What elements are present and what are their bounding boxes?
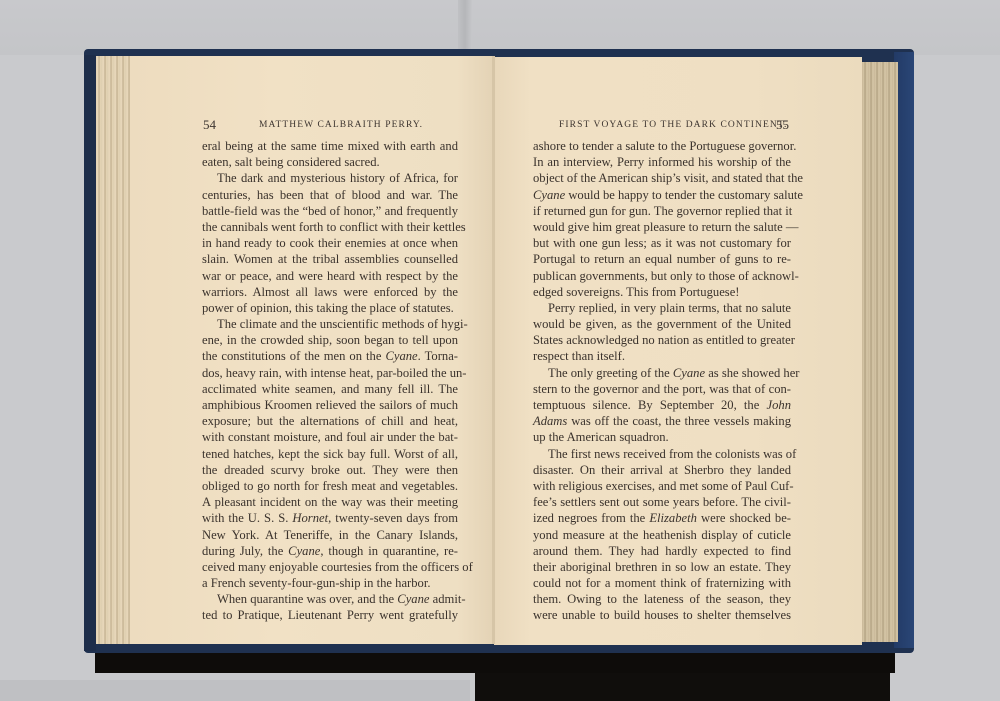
text-line: battle-field was the “bed of honor,” and…	[202, 203, 458, 219]
text-line: their aboriginal brethren in so low an e…	[533, 559, 791, 575]
text-line: Perry replied, in very plain terms, that…	[533, 300, 791, 316]
text-line: acclimated white seamen, and many fell i…	[202, 381, 458, 397]
text-line: tened hatches, kept the sick bay full. W…	[202, 446, 458, 462]
book-gutter	[492, 56, 495, 644]
text-line: The dark and mysterious history of Afric…	[202, 170, 458, 186]
text-line: a French seventy-four-gun-ship in the ha…	[202, 575, 458, 591]
page-stack-right	[862, 62, 898, 642]
background-lower	[0, 680, 470, 701]
text-line: war or peace, and were heard with respec…	[202, 268, 458, 284]
text-line: amphibious Kroomen relieved the sailors …	[202, 397, 458, 413]
text-line: object of the American ship’s visit, and…	[533, 170, 791, 186]
text-line: but with one gun less; as it was not cus…	[533, 235, 791, 251]
text-line: temptuous silence. By September 20, the …	[533, 397, 791, 413]
text-line: States acknowledged no nation as entitle…	[533, 332, 791, 348]
text-line: would give him great pleasure to return …	[533, 219, 791, 235]
text-line: ene, in the crowded ship, soon began to …	[202, 332, 458, 348]
text-line: When quarantine was over, and the Cyane …	[202, 591, 458, 607]
text-line: fee’s settlers sent out some years befor…	[533, 494, 791, 510]
text-line: power of opinion, this taking the place …	[202, 300, 458, 316]
page-stack-left	[96, 56, 132, 644]
text-line: warriors. Almost all laws were enforced …	[202, 284, 458, 300]
text-line: New York. At Teneriffe, in the Canary Is…	[202, 527, 458, 543]
text-line: could not for a moment think of fraterni…	[533, 575, 791, 591]
text-line: slain. Women at the tribal assemblies co…	[202, 251, 458, 267]
text-line: with the U. S. S. Hornet, twenty-seven d…	[202, 510, 458, 526]
text-line: Adams was off the coast, the three vesse…	[533, 413, 791, 429]
text-line: The climate and the unscientific methods…	[202, 316, 458, 332]
text-line: would be given, as the government of the…	[533, 316, 791, 332]
text-line: eral being at the same time mixed with e…	[202, 138, 458, 154]
text-line: Portugal to return an equal number of gu…	[533, 251, 791, 267]
left-page-body: eral being at the same time mixed with e…	[202, 138, 458, 624]
text-line: if returned gun for gun. The governor re…	[533, 203, 791, 219]
left-page-number: 54	[203, 117, 216, 133]
text-line: ceived many enjoyable courtesies from th…	[202, 559, 458, 575]
text-line: edged sovereigns. This from Portuguese!	[533, 284, 791, 300]
text-line: ted to Pratique, Lieutenant Perry went g…	[202, 607, 458, 623]
text-line: during July, the Cyane, though in quaran…	[202, 543, 458, 559]
text-line: exposure; but the alternations of chill …	[202, 413, 458, 429]
text-line: The only greeting of the Cyane as she sh…	[533, 365, 791, 381]
text-line: the dreaded scurvy broke out. They were …	[202, 462, 458, 478]
left-running-head: MATTHEW CALBRAITH PERRY.	[259, 120, 423, 130]
text-line: the constitutions of the men on the Cyan…	[202, 348, 458, 364]
book-cover-left-edge	[84, 55, 96, 651]
text-line: around them. They had hardly expected to…	[533, 543, 791, 559]
text-line: ashore to tender a salute to the Portugu…	[533, 138, 791, 154]
background-fold	[458, 0, 472, 50]
text-line: disaster. On their arrival at Sherbro th…	[533, 462, 791, 478]
text-line: them. Owing to the lateness of the seaso…	[533, 591, 791, 607]
text-line: ized negroes from the Elizabeth were sho…	[533, 510, 791, 526]
text-line: The first news received from the colonis…	[533, 446, 791, 462]
text-line: up the American squadron.	[533, 429, 791, 445]
text-line: with constant moisture, and foul air und…	[202, 429, 458, 445]
text-line: A pleasant incident on the way was their…	[202, 494, 458, 510]
text-line: eaten, salt being considered sacred.	[202, 154, 458, 170]
text-line: Cyane would be happy to tender the custo…	[533, 187, 791, 203]
text-line: respect than itself.	[533, 348, 791, 364]
text-line: dos, heavy rain, with intense heat, par-…	[202, 365, 458, 381]
text-line: were unable to build houses to shelter t…	[533, 607, 791, 623]
text-line: stern to the governor and the port, was …	[533, 381, 791, 397]
text-line: centuries, has been that of blood and wa…	[202, 187, 458, 203]
text-line: yond measure at the heathenish display o…	[533, 527, 791, 543]
text-line: with religious exercises, and met some o…	[533, 478, 791, 494]
background-surface	[0, 0, 1000, 55]
text-line: publican governments, but only to those …	[533, 268, 791, 284]
right-page-body: ashore to tender a salute to the Portugu…	[533, 138, 791, 624]
right-page-number: 55	[776, 117, 789, 133]
text-line: obliged to go north for fresh meat and v…	[202, 478, 458, 494]
right-running-head: FIRST VOYAGE TO THE DARK CONTINENT.	[559, 120, 788, 130]
text-line: the cannibals went forth to conflict wit…	[202, 219, 458, 235]
text-line: in hand ready to cook their enemies at o…	[202, 235, 458, 251]
text-line: In an interview, Perry informed his wors…	[533, 154, 791, 170]
